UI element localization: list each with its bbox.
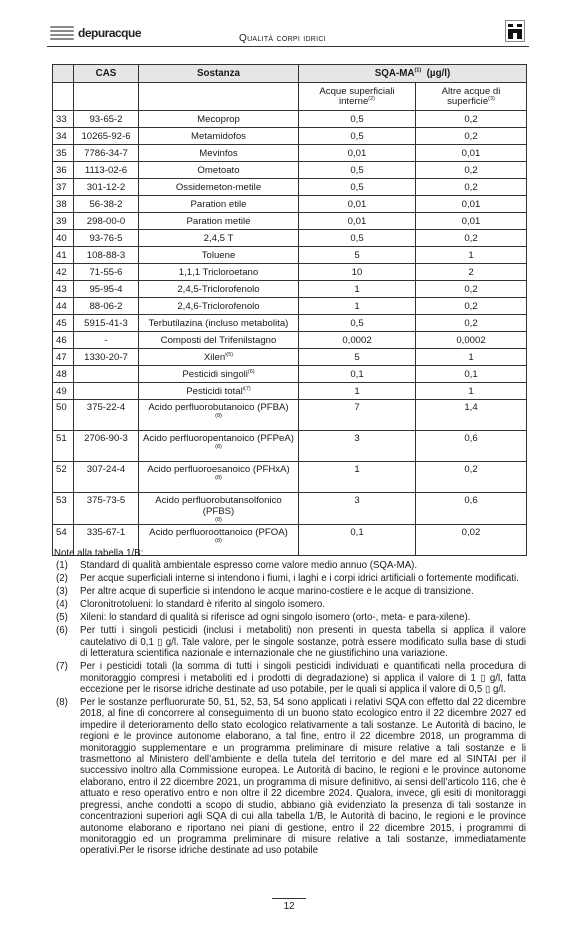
substance-header: Sostanza [139, 65, 299, 83]
row-number: 41 [53, 247, 74, 264]
row-number: 35 [53, 145, 74, 162]
cas-number: 93-65-2 [74, 111, 139, 128]
table-row: 3393-65-2Mecoprop0,50,2 [53, 111, 527, 128]
sqa-inland-value: 0,5 [299, 111, 416, 128]
other-waters-header: Altre acque di superficie(3) [416, 83, 527, 111]
sqa-other-value: 0,2 [416, 281, 527, 298]
substance-name: 1,1,1 Tricloroetano [139, 264, 299, 281]
note-text: Cloronitrotolueni: lo standard è riferit… [80, 599, 526, 610]
table-row: 53375-73-5Acido perfluorobutansolfonico … [53, 493, 527, 525]
cas-number [74, 383, 139, 400]
cas-number: 375-73-5 [74, 493, 139, 525]
row-number: 34 [53, 128, 74, 145]
substance-name: Acido perfluoroesanoico (PFHxA)(8) [139, 462, 299, 493]
cas-number: 56-38-2 [74, 196, 139, 213]
table-row: 512706-90-3Acido perfluoropentanoico (PF… [53, 431, 527, 462]
substance-name: 2,4,5-Triclorofenolo [139, 281, 299, 298]
substance-name: Paration metile [139, 213, 299, 230]
row-number: 42 [53, 264, 74, 281]
sqa-other-value: 1,4 [416, 400, 527, 431]
sqa-inland-value: 0,0002 [299, 332, 416, 349]
row-number: 33 [53, 111, 74, 128]
table-row: 49Pesticidi totali(7)11 [53, 383, 527, 400]
substance-name: Composti del Trifenilstagno [139, 332, 299, 349]
sqa-other-value: 0,1 [416, 366, 527, 383]
brand-name: depuracque [78, 26, 141, 40]
table-row: 37301-12-2Ossidemeton-metile0,50,2 [53, 179, 527, 196]
row-number: 36 [53, 162, 74, 179]
note-text: Per i pesticidi totali (la somma di tutt… [80, 661, 526, 695]
row-number: 47 [53, 349, 74, 366]
sqa-other-value: 0,2 [416, 298, 527, 315]
section-title: Qualità corpi idrici [239, 33, 326, 44]
notes-title: Note alla tabella 1/B: [54, 548, 526, 559]
note-text: Per tutti i singoli pesticidi (inclusi i… [80, 625, 526, 659]
substance-name: Toluene [139, 247, 299, 264]
substance-name: 2,4,5 T [139, 230, 299, 247]
row-number: 44 [53, 298, 74, 315]
row-number: 49 [53, 383, 74, 400]
sqa-inland-value: 0,5 [299, 315, 416, 332]
sqa-other-value: 0,01 [416, 196, 527, 213]
sqa-inland-value: 1 [299, 298, 416, 315]
sqa-other-value: 2 [416, 264, 527, 281]
row-number: 39 [53, 213, 74, 230]
sqa-inland-value: 3 [299, 431, 416, 462]
cas-number: 93-76-5 [74, 230, 139, 247]
row-number: 53 [53, 493, 74, 525]
sqa-inland-value: 1 [299, 462, 416, 493]
note-number: (3) [54, 586, 80, 597]
cas-number: 108-88-3 [74, 247, 139, 264]
sqa-inland-value: 0,01 [299, 213, 416, 230]
row-number: 52 [53, 462, 74, 493]
note-number: (1) [54, 560, 80, 571]
cas-number: 10265-92-6 [74, 128, 139, 145]
row-number: 37 [53, 179, 74, 196]
sqa-other-value: 0,2 [416, 462, 527, 493]
table-row: 357786-34-7Mevinfos0,010,01 [53, 145, 527, 162]
table-row: 4271-55-61,1,1 Tricloroetano102 [53, 264, 527, 281]
note-item: (8)Per le sostanze perfluorurate 50, 51,… [54, 697, 526, 857]
cas-number: 95-95-4 [74, 281, 139, 298]
table-row: 50375-22-4Acido perfluorobutanoico (PFBA… [53, 400, 527, 431]
table-header-row: CAS Sostanza SQA-MA(1) (µg/l) [53, 65, 527, 83]
index-header [53, 65, 74, 83]
cas-header: CAS [74, 65, 139, 83]
sqa-other-value: 0,6 [416, 493, 527, 525]
sqa-inland-value: 0,1 [299, 366, 416, 383]
table-row: 471330-20-7Xileni(5)51 [53, 349, 527, 366]
substance-name: Pesticidi singoli(6) [139, 366, 299, 383]
cas-number: 1113-02-6 [74, 162, 139, 179]
note-item: (4)Cloronitrotolueni: lo standard è rife… [54, 599, 526, 610]
sqa-inland-value: 0,01 [299, 196, 416, 213]
table-row: 3856-38-2Paration etile0,010,01 [53, 196, 527, 213]
cas-number: 298-00-0 [74, 213, 139, 230]
sqa-inland-value: 7 [299, 400, 416, 431]
sqa-other-value: 0,2 [416, 179, 527, 196]
row-number: 40 [53, 230, 74, 247]
row-number: 48 [53, 366, 74, 383]
note-text: Per acque superficiali interne si intend… [80, 573, 526, 584]
substance-name: Mevinfos [139, 145, 299, 162]
substance-name: Acido perfluorobutanoico (PFBA)(8) [139, 400, 299, 431]
note-text: Per le sostanze perfluorurate 50, 51, 52… [80, 697, 526, 857]
table-row: 46-Composti del Trifenilstagno0,00020,00… [53, 332, 527, 349]
note-number: (8) [54, 697, 80, 857]
substance-name: Ometoato [139, 162, 299, 179]
note-number: (2) [54, 573, 80, 584]
table-row: 4488-06-22,4,6-Triclorofenolo10,2 [53, 298, 527, 315]
depuracque-logo: depuracque [50, 25, 141, 40]
table-subheader-row: Acque superficiali interne(2) Altre acqu… [53, 83, 527, 111]
substance-name: Acido perfluorobutansolfonico (PFBS)(8) [139, 493, 299, 525]
note-number: (7) [54, 661, 80, 695]
sqa-table: CAS Sostanza SQA-MA(1) (µg/l) Acque supe… [52, 64, 527, 556]
substance-name: Pesticidi totali(7) [139, 383, 299, 400]
row-number: 45 [53, 315, 74, 332]
sqa-header: SQA-MA(1) (µg/l) [299, 65, 527, 83]
sqa-other-value: 1 [416, 349, 527, 366]
sqa-inland-value: 1 [299, 281, 416, 298]
row-number: 43 [53, 281, 74, 298]
note-text: Per altre acque di superficie si intendo… [80, 586, 526, 597]
substance-name: Xileni(5) [139, 349, 299, 366]
sqa-inland-value: 0,5 [299, 162, 416, 179]
sqa-inland-value: 1 [299, 383, 416, 400]
row-number: 50 [53, 400, 74, 431]
sqa-other-value: 1 [416, 383, 527, 400]
row-number: 51 [53, 431, 74, 462]
cas-number [74, 366, 139, 383]
substance-name: Terbutilazina (incluso metabolita) [139, 315, 299, 332]
sqa-other-value: 1 [416, 247, 527, 264]
institution-logo-icon [505, 20, 525, 42]
table-notes: Note alla tabella 1/B: (1)Standard di qu… [54, 548, 526, 858]
substance-name: Ossidemeton-metile [139, 179, 299, 196]
sqa-inland-value: 5 [299, 349, 416, 366]
table-row: 3410265-92-6Metamidofos0,50,2 [53, 128, 527, 145]
sqa-inland-value: 10 [299, 264, 416, 281]
note-text: Xileni: lo standard di qualità si riferi… [80, 612, 526, 623]
sqa-other-value: 0,6 [416, 431, 527, 462]
cas-number: 307-24-4 [74, 462, 139, 493]
cas-number: 1330-20-7 [74, 349, 139, 366]
sqa-other-value: 0,2 [416, 162, 527, 179]
sqa-inland-value: 0,5 [299, 179, 416, 196]
row-number: 38 [53, 196, 74, 213]
page-header: depuracque Qualità corpi idrici [47, 24, 529, 47]
cas-number: 88-06-2 [74, 298, 139, 315]
sqa-other-value: 0,2 [416, 128, 527, 145]
table-row: 41108-88-3Toluene51 [53, 247, 527, 264]
cas-number: 7786-34-7 [74, 145, 139, 162]
table-row: 48Pesticidi singoli(6)0,10,1 [53, 366, 527, 383]
substance-name: Mecoprop [139, 111, 299, 128]
note-item: (6)Per tutti i singoli pesticidi (inclus… [54, 625, 526, 659]
cas-number: - [74, 332, 139, 349]
note-item: (2)Per acque superficiali interne si int… [54, 573, 526, 584]
cas-number: 5915-41-3 [74, 315, 139, 332]
note-item: (1)Standard di qualità ambientale espres… [54, 560, 526, 571]
substance-name: Paration etile [139, 196, 299, 213]
substance-name: 2,4,6-Triclorofenolo [139, 298, 299, 315]
sqa-other-value: 0,0002 [416, 332, 527, 349]
sqa-other-value: 0,2 [416, 230, 527, 247]
sqa-other-value: 0,2 [416, 111, 527, 128]
sqa-inland-value: 5 [299, 247, 416, 264]
note-text: Standard di qualità ambientale espresso … [80, 560, 526, 571]
cas-number: 71-55-6 [74, 264, 139, 281]
sqa-other-value: 0,2 [416, 315, 527, 332]
sqa-inland-value: 0,5 [299, 128, 416, 145]
sqa-inland-value: 0,5 [299, 230, 416, 247]
sqa-inland-value: 0,01 [299, 145, 416, 162]
note-item: (3)Per altre acque di superficie si inte… [54, 586, 526, 597]
sqa-other-value: 0,01 [416, 213, 527, 230]
table-row: 52307-24-4Acido perfluoroesanoico (PFHxA… [53, 462, 527, 493]
row-number: 46 [53, 332, 74, 349]
note-item: (7)Per i pesticidi totali (la somma di t… [54, 661, 526, 695]
inland-waters-header: Acque superficiali interne(2) [299, 83, 416, 111]
table-row: 455915-41-3Terbutilazina (incluso metabo… [53, 315, 527, 332]
substance-name: Metamidofos [139, 128, 299, 145]
sqa-other-value: 0,01 [416, 145, 527, 162]
note-item: (5)Xileni: lo standard di qualità si rif… [54, 612, 526, 623]
cas-number: 2706-90-3 [74, 431, 139, 462]
table-row: 361113-02-6Ometoato0,50,2 [53, 162, 527, 179]
note-number: (5) [54, 612, 80, 623]
substance-name: Acido perfluoropentanoico (PFPeA)(8) [139, 431, 299, 462]
note-number: (4) [54, 599, 80, 610]
table-row: 4093-76-52,4,5 T0,50,2 [53, 230, 527, 247]
note-number: (6) [54, 625, 80, 659]
cas-number: 375-22-4 [74, 400, 139, 431]
sqa-inland-value: 3 [299, 493, 416, 525]
table-row: 4395-95-42,4,5-Triclorofenolo10,2 [53, 281, 527, 298]
page-number: 12 [272, 898, 306, 912]
table-row: 39298-00-0Paration metile0,010,01 [53, 213, 527, 230]
waves-icon [50, 25, 74, 40]
cas-number: 301-12-2 [74, 179, 139, 196]
